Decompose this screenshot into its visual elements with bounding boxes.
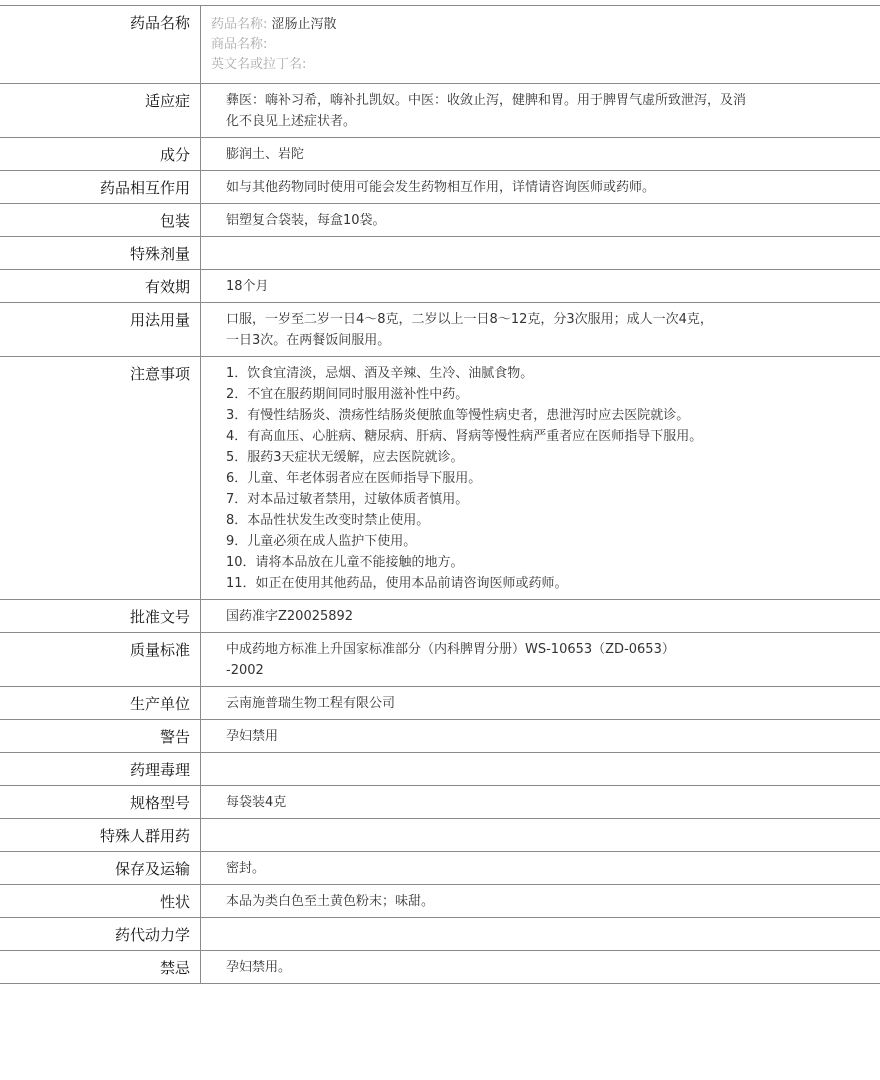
label-description: 性状 (0, 885, 201, 918)
row-shelf-life: 有效期 18个月 (0, 270, 880, 303)
precaution-item: 5．服药3天症状无缓解，应去医院就诊。 (226, 447, 880, 468)
usage-line: 一日3次。在两餐饭间服用。 (226, 330, 880, 351)
row-storage: 保存及运输 密封。 (0, 852, 880, 885)
value-specification: 每袋装4克 (201, 786, 880, 819)
label-approval-number: 批准文号 (0, 600, 201, 633)
row-approval-number: 批准文号 国药准字Z20025892 (0, 600, 880, 633)
value-pharmacokinetics (201, 918, 880, 951)
row-quality-standard: 质量标准 中成药地方标准上升国家标准部分（内科脾胃分册）WS-10653（ZD-… (0, 633, 880, 687)
value-drug-name: 药品名称: 涩肠止泻散 商品名称: 英文名或拉丁名: (201, 6, 880, 84)
generic-name-value: 涩肠止泻散 (272, 17, 337, 32)
value-interactions: 如与其他药物同时使用可能会发生药物相互作用，详情请咨询医师或药师。 (201, 171, 880, 204)
label-ingredients: 成分 (0, 138, 201, 171)
row-packaging: 包装 铝塑复合袋装，每盒10袋。 (0, 204, 880, 237)
value-manufacturer: 云南施普瑞生物工程有限公司 (201, 687, 880, 720)
value-packaging: 铝塑复合袋装，每盒10袋。 (201, 204, 880, 237)
row-indications: 适应症 彝医：嗨补习希，嗨补扎凯奴。中医：收敛止泻，健脾和胃。用于脾胃气虚所致泄… (0, 84, 880, 138)
indications-line: 彝医：嗨补习希，嗨补扎凯奴。中医：收敛止泻，健脾和胃。用于脾胃气虚所致泄泻，及消 (226, 90, 880, 111)
precaution-item: 10．请将本品放在儿童不能接触的地方。 (226, 552, 880, 573)
indications-line: 化不良见上述症状者。 (226, 111, 880, 132)
label-specification: 规格型号 (0, 786, 201, 819)
precaution-item: 6．儿童、年老体弱者应在医师指导下服用。 (226, 468, 880, 489)
precaution-item: 1．饮食宜清淡，忌烟、酒及辛辣、生冷、油腻食物。 (226, 363, 880, 384)
usage-line: 口服，一岁至二岁一日4～8克，二岁以上一日8～12克，分3次服用；成人一次4克， (226, 309, 880, 330)
trade-name-key: 商品名称: (211, 37, 267, 52)
precaution-item: 9．儿童必须在成人监护下使用。 (226, 531, 880, 552)
label-quality-standard: 质量标准 (0, 633, 201, 687)
precaution-item: 7．对本品过敏者禁用，过敏体质者慎用。 (226, 489, 880, 510)
label-manufacturer: 生产单位 (0, 687, 201, 720)
precaution-item: 2．不宜在服药期间同时服用滋补性中药。 (226, 384, 880, 405)
value-usage-dosage: 口服，一岁至二岁一日4～8克，二岁以上一日8～12克，分3次服用；成人一次4克，… (201, 303, 880, 357)
row-warning: 警告 孕妇禁用 (0, 720, 880, 753)
row-special-dosage: 特殊剂量 (0, 237, 880, 270)
row-specification: 规格型号 每袋装4克 (0, 786, 880, 819)
label-usage-dosage: 用法用量 (0, 303, 201, 357)
row-manufacturer: 生产单位 云南施普瑞生物工程有限公司 (0, 687, 880, 720)
precaution-item: 8．本品性状发生改变时禁止使用。 (226, 510, 880, 531)
precaution-item: 4．有高血压、心脏病、糖尿病、肝病、肾病等慢性病严重者应在医师指导下服用。 (226, 426, 880, 447)
latin-name-line: 英文名或拉丁名: (211, 55, 880, 75)
quality-standard-line: 中成药地方标准上升国家标准部分（内科脾胃分册）WS-10653（ZD-0653） (226, 639, 880, 660)
label-warning: 警告 (0, 720, 201, 753)
label-packaging: 包装 (0, 204, 201, 237)
value-contraindications: 孕妇禁用。 (201, 951, 880, 984)
value-shelf-life: 18个月 (201, 270, 880, 303)
row-special-populations: 特殊人群用药 (0, 819, 880, 852)
row-interactions: 药品相互作用 如与其他药物同时使用可能会发生药物相互作用，详情请咨询医师或药师。 (0, 171, 880, 204)
value-pharmacology (201, 753, 880, 786)
precaution-item: 11．如正在使用其他药品，使用本品前请咨询医师或药师。 (226, 573, 880, 594)
precaution-item: 3．有慢性结肠炎、溃疡性结肠炎便脓血等慢性病史者，患泄泻时应去医院就诊。 (226, 405, 880, 426)
quality-standard-line: -2002 (226, 660, 880, 681)
drug-spec-table: 药品名称 药品名称: 涩肠止泻散 商品名称: 英文名或拉丁名: 适应症 彝医：嗨… (0, 5, 880, 984)
value-description: 本品为类白色至土黄色粉末；味甜。 (201, 885, 880, 918)
row-precautions: 注意事项 1．饮食宜清淡，忌烟、酒及辛辣、生冷、油腻食物。 2．不宜在服药期间同… (0, 357, 880, 600)
label-storage: 保存及运输 (0, 852, 201, 885)
row-description: 性状 本品为类白色至土黄色粉末；味甜。 (0, 885, 880, 918)
label-special-dosage: 特殊剂量 (0, 237, 201, 270)
trade-name-line: 商品名称: (211, 35, 880, 55)
label-contraindications: 禁忌 (0, 951, 201, 984)
value-precautions: 1．饮食宜清淡，忌烟、酒及辛辣、生冷、油腻食物。 2．不宜在服药期间同时服用滋补… (201, 357, 880, 600)
label-shelf-life: 有效期 (0, 270, 201, 303)
precautions-list: 1．饮食宜清淡，忌烟、酒及辛辣、生冷、油腻食物。 2．不宜在服药期间同时服用滋补… (226, 363, 880, 594)
label-pharmacokinetics: 药代动力学 (0, 918, 201, 951)
label-interactions: 药品相互作用 (0, 171, 201, 204)
row-drug-name: 药品名称 药品名称: 涩肠止泻散 商品名称: 英文名或拉丁名: (0, 6, 880, 84)
row-usage-dosage: 用法用量 口服，一岁至二岁一日4～8克，二岁以上一日8～12克，分3次服用；成人… (0, 303, 880, 357)
value-special-dosage (201, 237, 880, 270)
value-ingredients: 膨润土、岩陀 (201, 138, 880, 171)
value-approval-number: 国药准字Z20025892 (201, 600, 880, 633)
row-contraindications: 禁忌 孕妇禁用。 (0, 951, 880, 984)
label-precautions: 注意事项 (0, 357, 201, 600)
row-pharmacology: 药理毒理 (0, 753, 880, 786)
row-ingredients: 成分 膨润土、岩陀 (0, 138, 880, 171)
label-indications: 适应症 (0, 84, 201, 138)
generic-name-key: 药品名称: (211, 17, 267, 32)
value-special-populations (201, 819, 880, 852)
generic-name-line: 药品名称: 涩肠止泻散 (211, 15, 880, 35)
label-drug-name: 药品名称 (0, 6, 201, 84)
value-indications: 彝医：嗨补习希，嗨补扎凯奴。中医：收敛止泻，健脾和胃。用于脾胃气虚所致泄泻，及消… (201, 84, 880, 138)
row-pharmacokinetics: 药代动力学 (0, 918, 880, 951)
latin-name-key: 英文名或拉丁名: (211, 57, 306, 72)
value-quality-standard: 中成药地方标准上升国家标准部分（内科脾胃分册）WS-10653（ZD-0653）… (201, 633, 880, 687)
label-special-populations: 特殊人群用药 (0, 819, 201, 852)
value-storage: 密封。 (201, 852, 880, 885)
value-warning: 孕妇禁用 (201, 720, 880, 753)
label-pharmacology: 药理毒理 (0, 753, 201, 786)
